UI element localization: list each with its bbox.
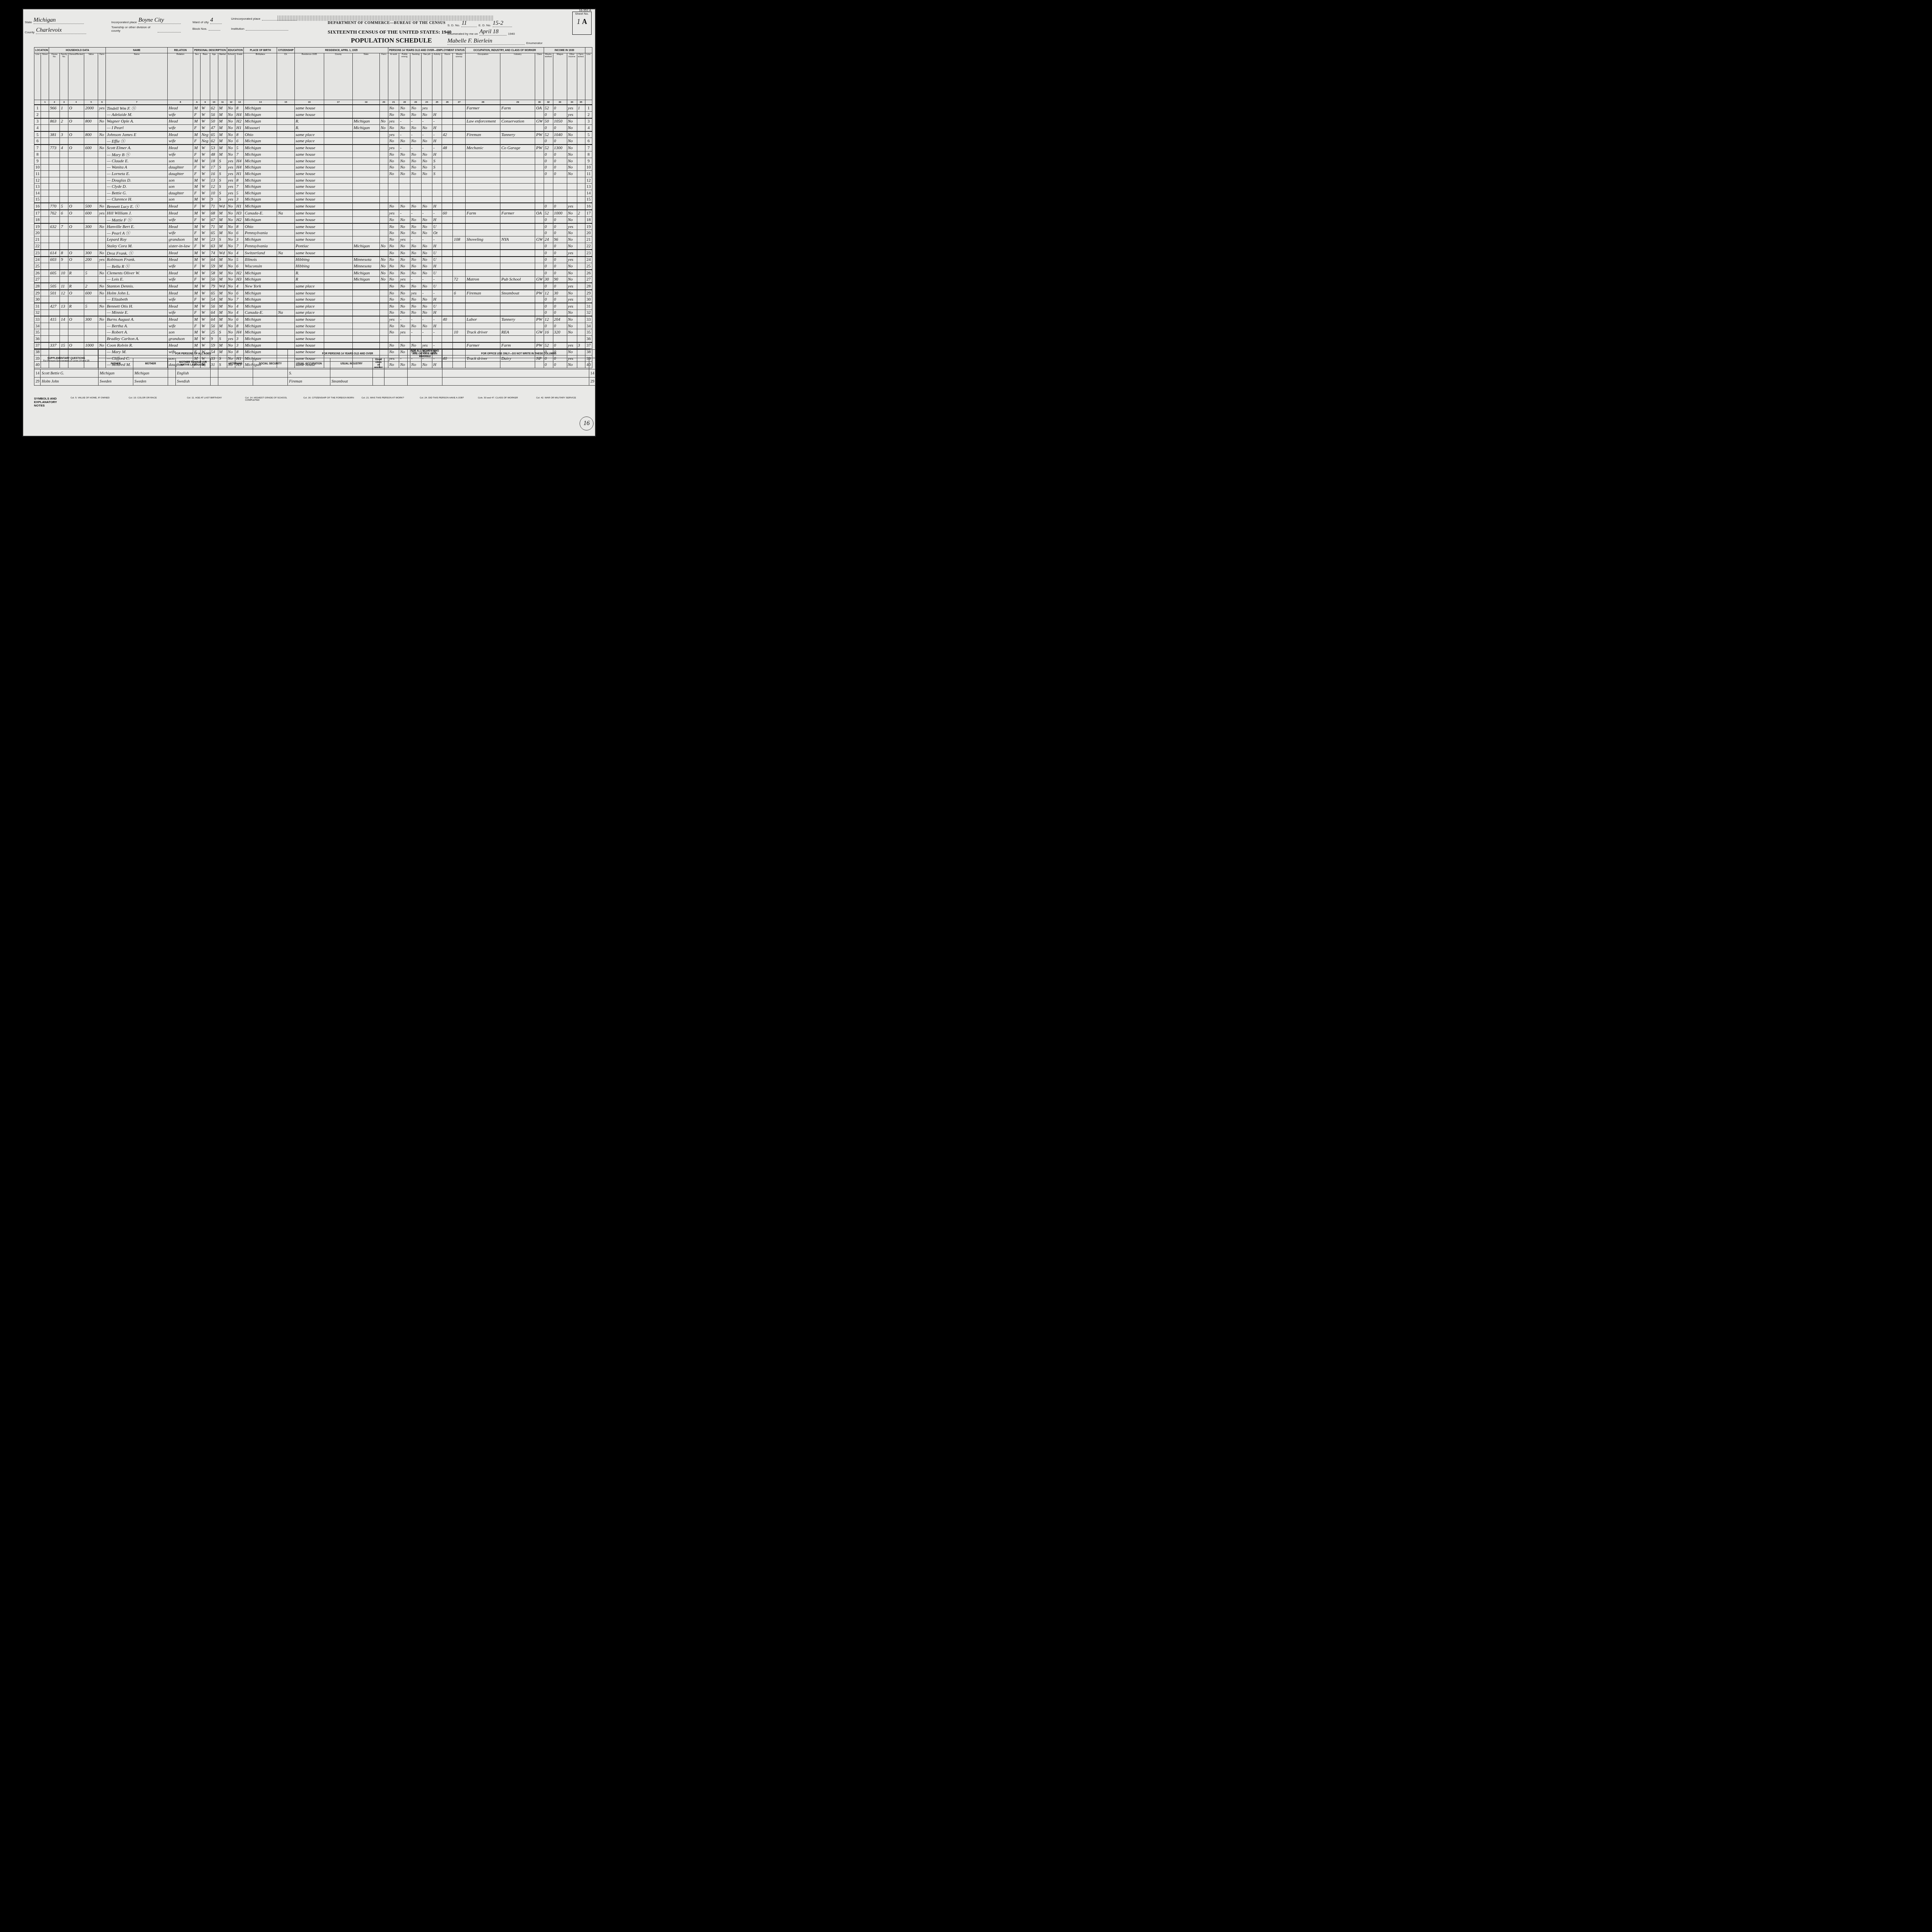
- cell-atwork: No: [388, 216, 399, 223]
- cell-atwork: No: [388, 276, 399, 283]
- cell-name: — Minnie E.: [106, 310, 168, 316]
- cell-rel: Head: [168, 250, 193, 257]
- cell-rel: Head: [168, 342, 193, 349]
- cell-rel: Head: [168, 270, 193, 276]
- cell-ind: Farm: [500, 105, 535, 112]
- cell-mar: M: [218, 243, 227, 249]
- cell-res: same house: [294, 290, 324, 296]
- cell-ind: [500, 184, 535, 190]
- cell-fs: [577, 196, 585, 203]
- cell-house: 501: [49, 290, 60, 296]
- line-number: 14: [34, 190, 41, 196]
- cell-occ: Farmer: [466, 342, 500, 349]
- cell-street: [41, 283, 49, 290]
- line-number: 23: [34, 250, 41, 257]
- sheet-number-box: Sheet No. 1 A: [572, 12, 592, 35]
- cell-weeks: 52: [544, 105, 553, 112]
- cell-age: 79: [210, 283, 218, 290]
- cell-ind: Tannery: [500, 316, 535, 323]
- cell-age: 58: [210, 270, 218, 276]
- cell-fam: 3: [60, 131, 68, 138]
- cell-cit: [277, 177, 294, 184]
- cell-own: [68, 184, 84, 190]
- cell-seek: No: [410, 125, 422, 131]
- cell-emerg: [399, 184, 410, 190]
- cell-house: 603: [49, 257, 60, 263]
- line-number: 2: [585, 112, 592, 118]
- cell-atwork: No: [388, 230, 399, 236]
- cell-farm2: [379, 342, 388, 349]
- block-field: Block Nos.: [192, 27, 220, 31]
- cell-occ: Labor: [466, 316, 500, 323]
- cell-occ: [466, 125, 500, 131]
- cell-race: W: [201, 323, 210, 329]
- cell-seek: -: [410, 118, 422, 125]
- cell-own: [68, 323, 84, 329]
- cell-name: Wagner Ople A.: [106, 118, 168, 125]
- cell-sch: yes: [227, 177, 235, 184]
- cell-occ: [466, 164, 500, 171]
- cell-birth: Michigan: [244, 145, 277, 151]
- cell-cls: [535, 190, 544, 196]
- cell-emerg: [399, 177, 410, 184]
- cell-state: [352, 203, 379, 210]
- column-label: House No.: [49, 53, 60, 100]
- cell-age: 64: [210, 257, 218, 263]
- table-row: 2660510R5NoClements Oliver W.HeadMW58MNo…: [34, 270, 592, 276]
- cell-hours: [442, 290, 453, 296]
- cell-state: [352, 158, 379, 164]
- cell-farm: [98, 329, 106, 336]
- cell-age: 65: [210, 230, 218, 236]
- cell-act: H: [432, 243, 442, 249]
- cell-sch: No: [227, 342, 235, 349]
- column-number: 9: [201, 100, 210, 105]
- cell-cls: [535, 171, 544, 177]
- cell-hours: [442, 190, 453, 196]
- cell-sex: M: [193, 105, 201, 112]
- cell-fs: [577, 158, 585, 164]
- cell-fs: [577, 263, 585, 270]
- column-number: 21: [388, 100, 399, 105]
- line-number: 27: [585, 276, 592, 283]
- cell-farm: No: [98, 316, 106, 323]
- cell-grade: 8: [235, 323, 244, 329]
- line-number: 6: [585, 138, 592, 145]
- cell-cls: GW: [535, 276, 544, 283]
- cell-own: [68, 151, 84, 158]
- cell-sex: M: [193, 145, 201, 151]
- group-personal: PERSONAL DESCRIPTION: [193, 48, 227, 53]
- cell-grade: H1: [235, 125, 244, 131]
- cell-occ: [466, 257, 500, 263]
- cell-wages: 320: [553, 329, 567, 336]
- cell-act: U: [432, 283, 442, 290]
- cell-fam: 9: [60, 257, 68, 263]
- cell-birth: Canada-E.: [244, 310, 277, 316]
- column-number: 35: [577, 100, 585, 105]
- cell-sex: M: [193, 316, 201, 323]
- cell-sex: F: [193, 296, 201, 303]
- cell-emerg: No: [399, 230, 410, 236]
- cell-cls: OA: [535, 210, 544, 216]
- cell-own: [68, 310, 84, 316]
- cell-hours: [442, 151, 453, 158]
- group-citizenship: CITIZENSHIP: [277, 48, 294, 53]
- enumerated-date-field: Enumerated by me on April 18 1940: [447, 29, 515, 36]
- cell-weeks: 0: [544, 112, 553, 118]
- line-number: 34: [34, 323, 41, 329]
- cell-cit: Na: [277, 310, 294, 316]
- cell-act: U: [432, 303, 442, 310]
- column-label: Value: [84, 53, 98, 100]
- cell-sch: yes: [227, 184, 235, 190]
- cell-own: [68, 171, 84, 177]
- cell-res: same house: [294, 210, 324, 216]
- cell-fs: [577, 310, 585, 316]
- cell-age: 17: [210, 164, 218, 171]
- cell-weeks: 50: [544, 118, 553, 125]
- cell-job: -: [421, 118, 432, 125]
- cell-atwork: No: [388, 223, 399, 230]
- cell-sex: M: [193, 131, 201, 138]
- cell-unemp: [453, 112, 466, 118]
- cell-name: — Mary B ⓧ: [106, 151, 168, 158]
- cell-hours: [442, 158, 453, 164]
- cell-age: 9: [210, 336, 218, 342]
- cell-fam: [60, 263, 68, 270]
- cell-value: 2000: [84, 105, 98, 112]
- cell-occ: [466, 177, 500, 184]
- line-number: 10: [585, 164, 592, 171]
- cell-state: Michigan: [352, 118, 379, 125]
- cell-job: No: [421, 250, 432, 257]
- column-label: Class: [535, 53, 544, 100]
- cell-wages: 1300: [553, 145, 567, 151]
- cell-county: [324, 158, 352, 164]
- cell-street: [41, 216, 49, 223]
- cell-cls: [535, 196, 544, 203]
- cell-wages: [553, 177, 567, 184]
- table-row: 3733715O1000NoCoon Rolvin R.HeadMW59MNo3…: [34, 342, 592, 349]
- cell-hours: [442, 329, 453, 336]
- cell-own: O: [68, 316, 84, 323]
- cell-state: [352, 171, 379, 177]
- cell-sex: F: [193, 164, 201, 171]
- cell-atwork: No: [388, 250, 399, 257]
- cell-county: [324, 250, 352, 257]
- cell-cit: [277, 236, 294, 243]
- cell-fam: [60, 112, 68, 118]
- cell-occ: Farmer: [466, 105, 500, 112]
- cell-county: [324, 323, 352, 329]
- cell-state: [352, 236, 379, 243]
- incorporated-place-value: Boyne City: [138, 17, 181, 24]
- cell-value: 500: [84, 203, 98, 210]
- cell-sex: M: [193, 283, 201, 290]
- cell-mar: M: [218, 290, 227, 296]
- cell-wages: 0: [553, 216, 567, 223]
- cell-mar: M: [218, 263, 227, 270]
- cell-wages: 0: [553, 257, 567, 263]
- cell-value: 800: [84, 131, 98, 138]
- cell-wages: [553, 184, 567, 190]
- column-number: 24: [421, 100, 432, 105]
- cell-sch: No: [227, 310, 235, 316]
- cell-atwork: No: [388, 105, 399, 112]
- cell-fam: [60, 310, 68, 316]
- cell-fam: [60, 323, 68, 329]
- cell-fs: [577, 145, 585, 151]
- line-number: 30: [585, 296, 592, 303]
- cell-hours: [442, 323, 453, 329]
- cell-job: -: [421, 290, 432, 296]
- cell-house: 773: [49, 145, 60, 151]
- cell-job: -: [421, 236, 432, 243]
- column-number: 23: [410, 100, 422, 105]
- column-label: Age: [210, 53, 218, 100]
- cell-state: [352, 323, 379, 329]
- cell-street: [41, 329, 49, 336]
- cell-rel: Head: [168, 223, 193, 230]
- cell-job: No: [421, 263, 432, 270]
- cell-atwork: No: [388, 263, 399, 270]
- cell-own: O: [68, 257, 84, 263]
- cell-birth: Michigan: [244, 329, 277, 336]
- cell-grade: 5: [235, 145, 244, 151]
- cell-cls: [535, 177, 544, 184]
- cell-other: [567, 184, 577, 190]
- cell-farm2: [379, 236, 388, 243]
- cell-birth: Pennsylvania: [244, 243, 277, 249]
- cell-value: [84, 184, 98, 190]
- cell-rel: Head: [168, 210, 193, 216]
- cell-occ: Law enforcement: [466, 118, 500, 125]
- cell-occ: [466, 323, 500, 329]
- column-label: Line: [585, 53, 592, 100]
- cell-act: H: [432, 263, 442, 270]
- cell-ind: [500, 296, 535, 303]
- cell-birth: Michigan: [244, 303, 277, 310]
- cell-fam: 7: [60, 223, 68, 230]
- cell-farm2: [379, 250, 388, 257]
- cell-cls: [535, 184, 544, 190]
- cell-mar: M: [218, 131, 227, 138]
- cell-own: [68, 329, 84, 336]
- cell-street: [41, 303, 49, 310]
- incorporated-place-field: Incorporated place Boyne City: [111, 17, 181, 24]
- cell-ind: [500, 203, 535, 210]
- cell-emerg: [399, 196, 410, 203]
- cell-birth: Michigan: [244, 203, 277, 210]
- cell-county: [324, 190, 352, 196]
- cell-rel: wife: [168, 230, 193, 236]
- line-number: 1: [34, 105, 41, 112]
- cell-name: Bradley Carlton A.: [106, 336, 168, 342]
- line-number: 31: [585, 303, 592, 310]
- cell-street: [41, 105, 49, 112]
- cell-sch: No: [227, 329, 235, 336]
- cell-birth: Michigan: [244, 171, 277, 177]
- cell-farm: yes: [98, 210, 106, 216]
- cell-emerg: No: [399, 223, 410, 230]
- cell-atwork: No: [388, 303, 399, 310]
- cell-fam: 6: [60, 210, 68, 216]
- cell-seek: -: [410, 236, 422, 243]
- cell-birth: Michigan: [244, 336, 277, 342]
- cell-res: same house: [294, 164, 324, 171]
- cell-sex: M: [193, 257, 201, 263]
- cell-atwork: yes: [388, 316, 399, 323]
- cell-house: 415: [49, 316, 60, 323]
- cell-grade: H4: [235, 329, 244, 336]
- cell-birth: Michigan: [244, 105, 277, 112]
- cell-age: 54: [210, 296, 218, 303]
- cell-sex: F: [193, 203, 201, 210]
- cell-name: — Claude E.: [106, 158, 168, 164]
- cell-fam: [60, 164, 68, 171]
- column-number: 30: [535, 100, 544, 105]
- cell-farm2: [379, 310, 388, 316]
- cell-seek: No: [410, 310, 422, 316]
- table-row: 30— ElizabethwifeFW54MNo7Michigansame ho…: [34, 296, 592, 303]
- cell-rel: Head: [168, 290, 193, 296]
- cell-county: [324, 151, 352, 158]
- cell-age: 63: [210, 243, 218, 249]
- cell-ind: [500, 125, 535, 131]
- cell-race: W: [201, 243, 210, 249]
- cell-value: 600: [84, 290, 98, 296]
- cell-mar: Wd: [218, 283, 227, 290]
- cell-other: yes: [567, 283, 577, 290]
- cell-fam: 5: [60, 203, 68, 210]
- cell-ind: [500, 112, 535, 118]
- cell-birth: Michigan: [244, 184, 277, 190]
- cell-mar: S: [218, 177, 227, 184]
- cell-cit: [277, 342, 294, 349]
- cell-fam: [60, 177, 68, 184]
- cell-birth: New York: [244, 283, 277, 290]
- cell-fs: [577, 250, 585, 257]
- cell-act: H: [432, 112, 442, 118]
- column-label: County: [324, 53, 352, 100]
- table-row: 3341514O300NoBurns August A.HeadMW64MNo6…: [34, 316, 592, 323]
- cell-fam: [60, 125, 68, 131]
- cell-cit: [277, 276, 294, 283]
- cell-own: [68, 263, 84, 270]
- cell-unemp: [453, 184, 466, 190]
- cell-race: W: [201, 310, 210, 316]
- cell-other: [567, 190, 577, 196]
- cell-res: same house: [294, 158, 324, 164]
- cell-emerg: No: [399, 257, 410, 263]
- cell-unemp: [453, 270, 466, 276]
- cell-act: U: [432, 257, 442, 263]
- cell-name: Tindell Wm F. ⓧ: [106, 105, 168, 112]
- table-row: 2— Adelaide M.wifeFW56MNoH4Michigansame …: [34, 112, 592, 118]
- cell-hours: [442, 125, 453, 131]
- cell-farm: [98, 216, 106, 223]
- cell-hours: [442, 236, 453, 243]
- cell-name: — Clyde D.: [106, 184, 168, 190]
- cell-state: [352, 316, 379, 323]
- cell-race: W: [201, 203, 210, 210]
- column-labels: LineStreetHouse No.Family No.Owned/Rente…: [34, 53, 592, 100]
- cell-own: O: [68, 210, 84, 216]
- cell-job: No: [421, 125, 432, 131]
- line-number: 17: [34, 210, 41, 216]
- line-number: 3: [585, 118, 592, 125]
- cell-cls: [535, 310, 544, 316]
- cell-name: Coon Rolvin R.: [106, 342, 168, 349]
- column-number: 1: [41, 100, 49, 105]
- column-label: Owned/Rented: [68, 53, 84, 100]
- cell-value: [84, 243, 98, 249]
- cell-cit: [277, 203, 294, 210]
- cell-farm: No: [98, 145, 106, 151]
- cell-own: O: [68, 342, 84, 349]
- cell-job: No: [421, 296, 432, 303]
- cell-farm: [98, 125, 106, 131]
- cell-hours: [442, 203, 453, 210]
- cell-sch: No: [227, 257, 235, 263]
- cell-hours: [442, 250, 453, 257]
- cell-birth: Michigan: [244, 323, 277, 329]
- line-number: 11: [34, 171, 41, 177]
- cell-fam: [60, 138, 68, 145]
- cell-unemp: [453, 263, 466, 270]
- column-label: Farm sched.: [577, 53, 585, 100]
- column-number: 13: [235, 100, 244, 105]
- cell-own: O: [68, 105, 84, 112]
- cell-fam: [60, 190, 68, 196]
- cell-job: yes: [421, 105, 432, 112]
- cell-other: yes: [567, 203, 577, 210]
- cell-house: 966: [49, 105, 60, 112]
- cell-job: -: [421, 329, 432, 336]
- cell-own: O: [68, 250, 84, 257]
- column-label: Other income: [567, 53, 577, 100]
- column-number: 16: [294, 100, 324, 105]
- township-field: Township or other division of county: [111, 26, 181, 32]
- cell-weeks: 0: [544, 310, 553, 316]
- cell-farm2: [379, 196, 388, 203]
- cell-sch: No: [227, 270, 235, 276]
- cell-sex: F: [193, 112, 201, 118]
- cell-hours: [442, 336, 453, 342]
- line-number: 10: [34, 164, 41, 171]
- cell-county: [324, 171, 352, 177]
- cell-act: -: [432, 131, 442, 138]
- cell-sex: F: [193, 216, 201, 223]
- group-name: NAME: [106, 48, 168, 53]
- cell-sex: M: [193, 118, 201, 125]
- cell-name: — Pearl A ⓧ: [106, 230, 168, 236]
- cell-mar: M: [218, 216, 227, 223]
- cell-rel: son: [168, 158, 193, 164]
- cell-own: R: [68, 270, 84, 276]
- supp-name: Scott Bettie G.: [41, 369, 99, 378]
- cell-rel: Head: [168, 203, 193, 210]
- cell-county: [324, 290, 352, 296]
- cell-name: — I Pearl: [106, 125, 168, 131]
- cell-weeks: [544, 177, 553, 184]
- cell-mar: S: [218, 158, 227, 164]
- cell-emerg: No: [399, 216, 410, 223]
- cell-county: [324, 145, 352, 151]
- cell-unemp: [453, 310, 466, 316]
- cell-other: No: [567, 151, 577, 158]
